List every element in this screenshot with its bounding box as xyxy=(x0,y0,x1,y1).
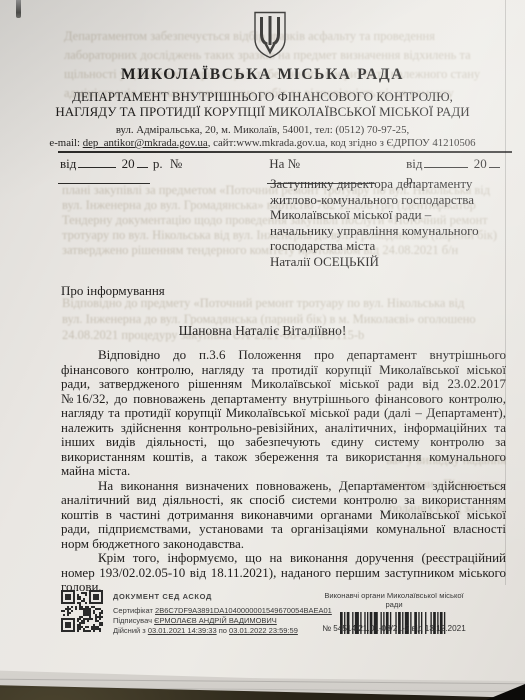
incoming-date-blank xyxy=(424,156,468,168)
addressee-name: Наталії ОСЕЦЬКІЙ xyxy=(270,254,500,270)
outgoing-date-number: від 20 р. № xyxy=(58,156,267,188)
letter-page: Департаментом забезпечується відбір зраз… xyxy=(0,0,525,700)
site-and-edrpou: , сайт:www.mkrada.gov.ua, код згідно з Є… xyxy=(208,137,476,149)
paragraph-1: Відповідно до п.3.6 Положення про департ… xyxy=(61,348,506,479)
signature-stamp-block: ДОКУМЕНТ СЕД АСКОД Сертифікат 2B6C7DF9A3… xyxy=(113,592,332,636)
organization-name: МИКОЛАЇВСЬКА МІСЬКА РАДА xyxy=(0,66,525,84)
department-name-line2: НАГЛЯДУ ТА ПРОТИДІЇ КОРУПЦІЇ МИКОЛАЇВСЬК… xyxy=(0,104,525,120)
contacts-line: e-mail: dep_antikor@mkrada.gov.ua, сайт:… xyxy=(0,137,525,149)
ukraine-trident-emblem-icon xyxy=(252,11,288,59)
ref-year-label: 20 xyxy=(120,156,137,171)
registration-number: № 54514/21.01-08/21-2 від 13.12.2021 xyxy=(316,624,472,633)
certificate-label: Сертифікат xyxy=(113,606,155,615)
salutation: Шановна Наталіє Віталіївно! xyxy=(0,323,525,339)
valid-to-value: 03.01.2022 23:59:59 xyxy=(229,626,298,635)
signer-line: Підписувач ЄРМОЛАЄВ АНДРІЙ ВАДИМОВИЧ xyxy=(113,616,332,626)
valid-to-label: по xyxy=(217,626,229,635)
email-address: dep_antikor@mkrada.gov.ua xyxy=(83,137,208,149)
letter-body: Відповідно до п.3.6 Положення про департ… xyxy=(61,348,506,595)
ref-no-label: № xyxy=(168,156,184,171)
valid-from-label: Дійсний з xyxy=(113,626,148,635)
ref-year2-label: 20 xyxy=(472,156,489,171)
ref-na-label: На № xyxy=(267,156,302,171)
addressee-block: Заступнику директора департаменту житлов… xyxy=(270,176,500,269)
photo-of-document: Департаментом забезпечується відбір зраз… xyxy=(0,0,525,700)
signer-name: ЄРМОЛАЄВ АНДРІЙ ВАДИМОВИЧ xyxy=(154,616,277,625)
paragraph-3: Крім того, інформуємо, що на виконання д… xyxy=(61,551,506,595)
validity-line: Дійсний з 03.01.2021 14:39:33 по 03.01.2… xyxy=(113,626,332,636)
number-blank xyxy=(58,172,150,184)
date-blank xyxy=(78,156,116,168)
paper-right-edge xyxy=(505,0,506,585)
pen-tip-object xyxy=(16,0,21,18)
addressee-line: Заступнику директора департаменту xyxy=(270,176,500,192)
certificate-value: 2B6C7DF9A3891DA1040000001549670054BAEA01 xyxy=(155,606,332,615)
ref-vid-label: від xyxy=(58,156,78,171)
addressee-line: Миколаївської міської ради – xyxy=(270,207,500,223)
addressee-line: житлово-комунального господарства xyxy=(270,192,500,208)
executive-bodies-label: Виконавчі органи Миколаївської міської р… xyxy=(316,591,472,609)
sed-askod-label: ДОКУМЕНТ СЕД АСКОД xyxy=(113,592,332,602)
signer-label: Підписувач xyxy=(113,616,154,625)
valid-from-value: 03.01.2021 14:39:33 xyxy=(148,626,217,635)
certificate-line: Сертифікат 2B6C7DF9A3891DA10400000015496… xyxy=(113,606,332,616)
ref-vid2-label: від xyxy=(404,156,424,171)
postal-address-line: вул. Адміральська, 20, м. Миколаїв, 5400… xyxy=(0,124,525,136)
addressee-line: господарства міста xyxy=(270,238,500,254)
email-label: e-mail: xyxy=(49,137,82,149)
year-blank xyxy=(137,156,148,168)
paragraph-2: На виконання визначених повноважень, Деп… xyxy=(61,479,506,552)
qr-code xyxy=(61,590,103,632)
department-name-line1: ДЕПАРТАМЕНТ ВНУТРІШНЬОГО ФІНАНСОВОГО КОН… xyxy=(0,89,525,105)
subject-line: Про інформування xyxy=(61,283,165,299)
header-divider-rule xyxy=(58,151,512,153)
year2-blank xyxy=(489,156,500,168)
ref-r-label: р. xyxy=(151,156,165,171)
addressee-line: начальнику управління комунального xyxy=(270,223,500,239)
